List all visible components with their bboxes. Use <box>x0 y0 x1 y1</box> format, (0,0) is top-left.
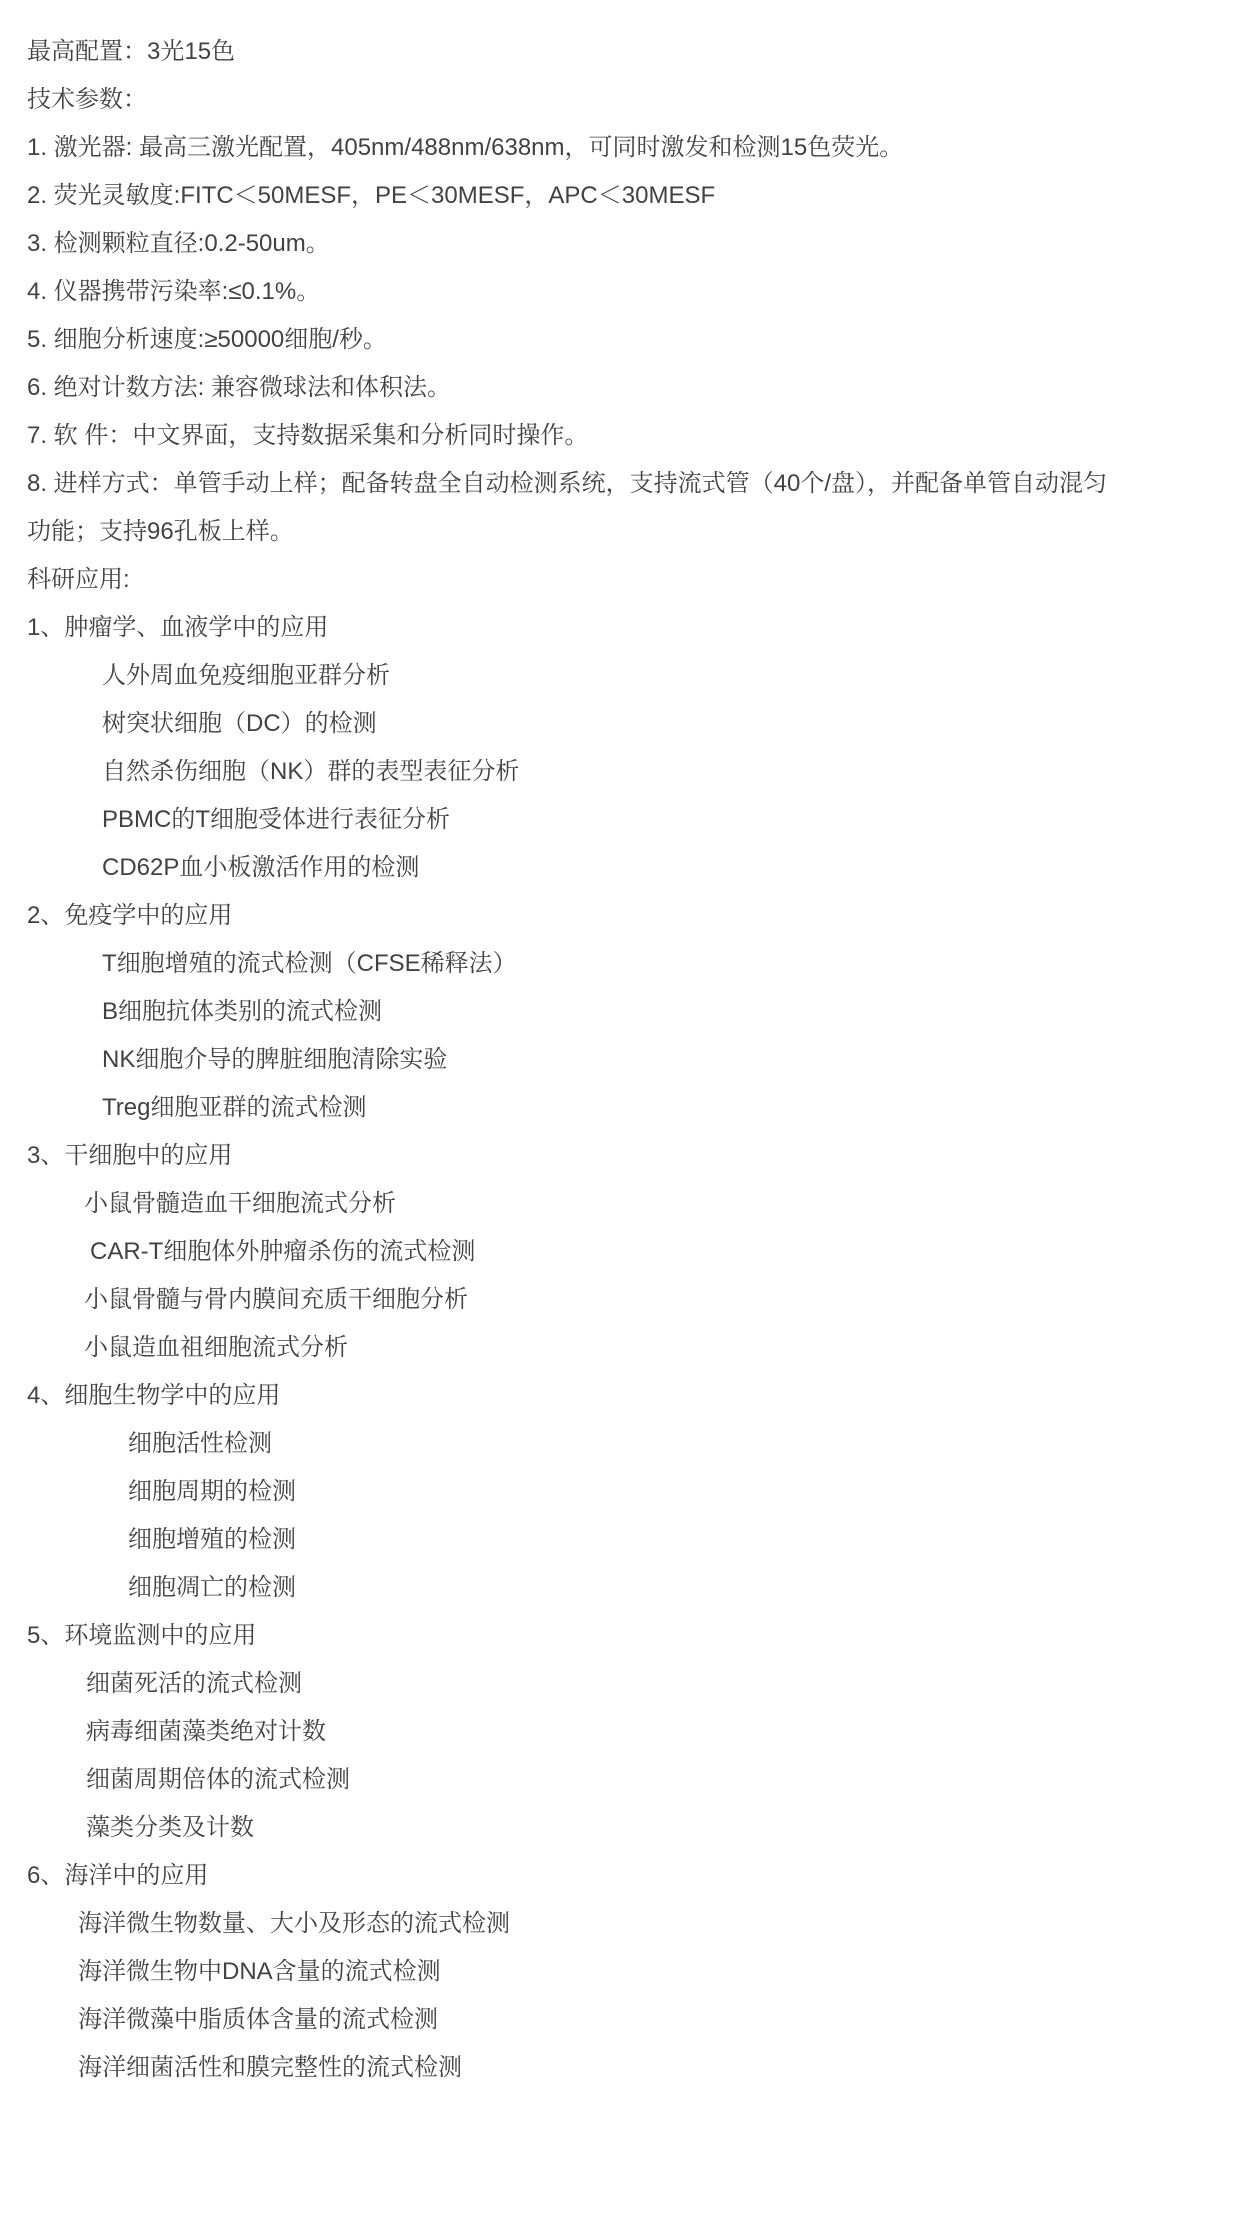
doc-line: 细胞周期的检测 <box>0 1468 1260 1516</box>
doc-line: 科研应用: <box>0 556 1260 604</box>
doc-line: T细胞增殖的流式检测（CFSE稀释法） <box>0 940 1260 988</box>
doc-line: Treg细胞亚群的流式检测 <box>0 1084 1260 1132</box>
doc-line: B细胞抗体类别的流式检测 <box>0 988 1260 1036</box>
doc-line: 自然杀伤细胞（NK）群的表型表征分析 <box>0 748 1260 796</box>
doc-line: 2、免疫学中的应用 <box>0 892 1260 940</box>
doc-line: 细胞凋亡的检测 <box>0 1564 1260 1612</box>
doc-line: 藻类分类及计数 <box>0 1804 1260 1852</box>
doc-line: NK细胞介导的脾脏细胞清除实验 <box>0 1036 1260 1084</box>
doc-line: 细胞增殖的检测 <box>0 1516 1260 1564</box>
doc-line: 细菌死活的流式检测 <box>0 1660 1260 1708</box>
doc-line: 海洋细菌活性和膜完整性的流式检测 <box>0 2044 1260 2092</box>
doc-line: 5、环境监测中的应用 <box>0 1612 1260 1660</box>
doc-line: 人外周血免疫细胞亚群分析 <box>0 652 1260 700</box>
doc-line: 小鼠骨髓造血干细胞流式分析 <box>0 1180 1260 1228</box>
doc-line: 1. 激光器: 最高三激光配置，405nm/488nm/638nm，可同时激发和… <box>0 124 1260 172</box>
doc-line: 7. 软 件：中文界面，支持数据采集和分析同时操作。 <box>0 412 1260 460</box>
doc-line: 细菌周期倍体的流式检测 <box>0 1756 1260 1804</box>
doc-line: 3、干细胞中的应用 <box>0 1132 1260 1180</box>
doc-line: 小鼠造血祖细胞流式分析 <box>0 1324 1260 1372</box>
doc-line: 3. 检测颗粒直径:0.2-50um。 <box>0 220 1260 268</box>
doc-line: 技术参数： <box>0 76 1260 124</box>
document-page: 最高配置：3光15色技术参数：1. 激光器: 最高三激光配置，405nm/488… <box>0 0 1260 2232</box>
doc-line: CD62P血小板激活作用的检测 <box>0 844 1260 892</box>
doc-line: 6. 绝对计数方法: 兼容微球法和体积法。 <box>0 364 1260 412</box>
doc-line: 海洋微藻中脂质体含量的流式检测 <box>0 1996 1260 2044</box>
doc-line: PBMC的T细胞受体进行表征分析 <box>0 796 1260 844</box>
doc-line: 4. 仪器携带污染率:≤0.1%。 <box>0 268 1260 316</box>
doc-line: 海洋微生物中DNA含量的流式检测 <box>0 1948 1260 1996</box>
doc-line: 海洋微生物数量、大小及形态的流式检测 <box>0 1900 1260 1948</box>
doc-line: 2. 荧光灵敏度:FITC＜50MESF，PE＜30MESF，APC＜30MES… <box>0 172 1260 220</box>
doc-line: CAR-T细胞体外肿瘤杀伤的流式检测 <box>0 1228 1260 1276</box>
doc-line: 最高配置：3光15色 <box>0 28 1260 76</box>
doc-line: 小鼠骨髓与骨内膜间充质干细胞分析 <box>0 1276 1260 1324</box>
doc-line: 8. 进样方式：单管手动上样；配备转盘全自动检测系统，支持流式管（40个/盘），… <box>0 460 1260 508</box>
doc-line: 5. 细胞分析速度:≥50000细胞/秒。 <box>0 316 1260 364</box>
doc-line: 1、肿瘤学、血液学中的应用 <box>0 604 1260 652</box>
doc-line: 细胞活性检测 <box>0 1420 1260 1468</box>
doc-line: 功能；支持96孔板上样。 <box>0 508 1260 556</box>
doc-line: 4、细胞生物学中的应用 <box>0 1372 1260 1420</box>
document-body: 最高配置：3光15色技术参数：1. 激光器: 最高三激光配置，405nm/488… <box>0 0 1260 2092</box>
doc-line: 6、海洋中的应用 <box>0 1852 1260 1900</box>
doc-line: 树突状细胞（DC）的检测 <box>0 700 1260 748</box>
doc-line: 病毒细菌藻类绝对计数 <box>0 1708 1260 1756</box>
